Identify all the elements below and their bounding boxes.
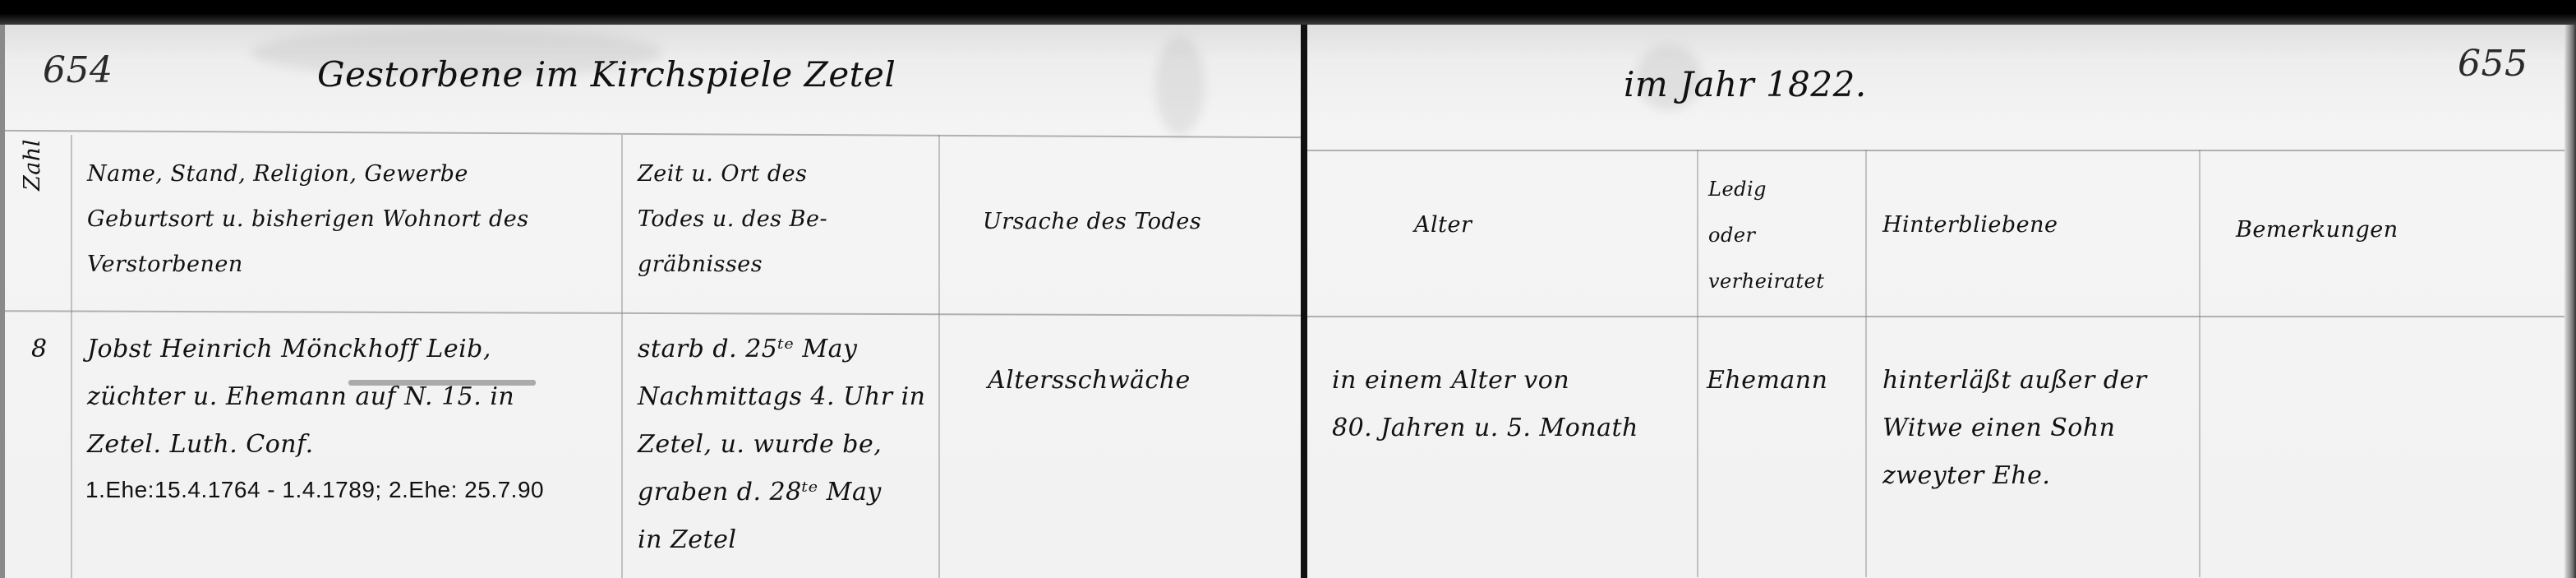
page-number: 655: [2458, 43, 2528, 85]
header-bottom-rule: [5, 310, 1302, 317]
entry-stand: Ehemann: [1707, 357, 1827, 405]
right-page: im Jahr 1822. 655 Alter Ledig oder verhe…: [1307, 12, 2576, 578]
header-stand: Ledig oder verheiratet: [1708, 166, 1824, 304]
header-zeit-ort: Zeit u. Ort des Todes u. des Be- gräbnis…: [638, 151, 827, 287]
page-title: Gestorbene im Kirchspiele Zetel: [317, 54, 896, 95]
scan-top-edge: [0, 0, 2576, 25]
page-number: 654: [43, 49, 113, 91]
header-top-rule: [1307, 150, 2564, 151]
entry-number: 8: [31, 326, 48, 373]
modern-annotation: 1.Ehe:15.4.1764 - 1.4.1789; 2.Ehe: 25.7.…: [85, 477, 544, 503]
book-gutter: [1301, 8, 1307, 578]
entry-ursache: Altersschwäche: [988, 357, 1191, 405]
column-rule: [1865, 150, 1867, 577]
header-alter: Alter: [1414, 202, 1472, 247]
entry-zeit-ort: starb d. 25ᵗᵉ May Nachmittags 4. Uhr in …: [638, 326, 926, 564]
header-bottom-rule: [1307, 316, 2564, 317]
register-spread: 654 Gestorbene im Kirchspiele Zetel Zahl…: [0, 0, 2576, 578]
pencil-underline: [348, 380, 536, 386]
entry-alter: in einem Alter von 80. Jahren u. 5. Mona…: [1332, 357, 1638, 452]
entry-hinterbliebene: hinterläßt außer der Witwe einen Sohn zw…: [1882, 357, 2147, 500]
paper-stain: [1155, 36, 1205, 135]
header-bemerkungen: Bemerkungen: [2236, 207, 2399, 252]
header-zahl: Zahl: [10, 139, 55, 191]
header-name: Name, Stand, Religion, Gewerbe Geburtsor…: [87, 151, 529, 287]
column-rule: [938, 135, 940, 578]
column-rule: [1697, 150, 1698, 577]
header-ursache: Ursache des Todes: [983, 199, 1201, 244]
column-rule: [71, 135, 72, 578]
page-title: im Jahr 1822.: [1624, 64, 1867, 104]
left-page: 654 Gestorbene im Kirchspiele Zetel Zahl…: [0, 12, 1302, 578]
header-top-rule: [5, 130, 1302, 138]
column-rule: [2199, 150, 2200, 577]
column-rule: [621, 135, 623, 578]
entry-name: Jobst Heinrich Mönckhoff Leib, züchter u…: [87, 326, 514, 469]
header-hinterbliebene: Hinterbliebene: [1882, 202, 2058, 247]
